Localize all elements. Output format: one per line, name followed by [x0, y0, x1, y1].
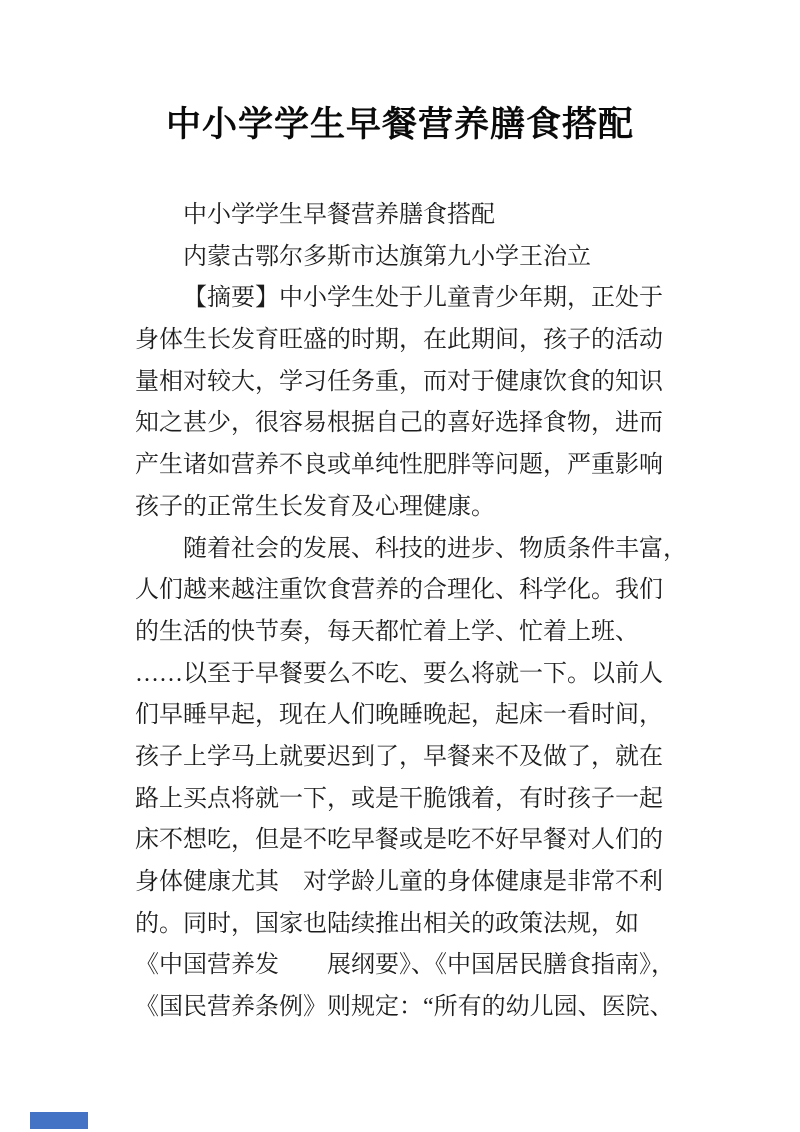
text-line: 身体健康尤其 对学龄儿童的身体健康是非常不利	[135, 862, 680, 904]
text-line: 孩子上学马上就要迟到了，早餐来不及做了，就在	[135, 737, 680, 779]
document-title: 中小学学生早餐营养膳食搭配	[0, 97, 800, 147]
text-line: 床不想吃，但是不吃早餐或是吃不好早餐对人们的	[135, 820, 680, 862]
text-line: 身体生长发育旺盛的时期，在此期间，孩子的活动	[135, 320, 680, 362]
text-line: 《国民营养条例》则规定：“所有的幼儿园、医院、	[135, 987, 680, 1029]
text-line: 的。同时，国家也陆续推出相关的政策法规，如	[135, 904, 680, 946]
text-line: 《中国营养发 展纲要》、《中国居民膳食指南》，	[135, 945, 680, 987]
text-line: 们早睡早起，现在人们晚睡晚起，起床一看时间，	[135, 695, 680, 737]
text-line: 量相对较大，学习任务重，而对于健康饮食的知识	[135, 362, 680, 404]
text-line: 孩子的正常生长发育及心理健康。	[135, 487, 680, 529]
text-line: 的生活的快节奏，每天都忙着上学、忙着上班、	[135, 612, 680, 654]
highlight-bar	[30, 1112, 88, 1129]
text-line: 内蒙古鄂尔多斯市达旗第九小学王治立	[135, 237, 680, 279]
text-line: 知之甚少，很容易根据自己的喜好选择食物，进而	[135, 403, 680, 445]
text-line: 中小学学生早餐营养膳食搭配	[135, 195, 680, 237]
text-line: 路上买点将就一下，或是干脆饿着，有时孩子一起	[135, 779, 680, 821]
text-line: 【摘要】中小学生处于儿童青少年期，正处于	[135, 278, 680, 320]
text-line: 人们越来越注重饮食营养的合理化、科学化。我们	[135, 570, 680, 612]
document-body: 中小学学生早餐营养膳食搭配内蒙古鄂尔多斯市达旗第九小学王治立【摘要】中小学生处于…	[135, 195, 680, 1029]
text-line: 随着社会的发展、科技的进步、物质条件丰富，	[135, 529, 680, 571]
document-page: 中小学学生早餐营养膳食搭配 中小学学生早餐营养膳食搭配内蒙古鄂尔多斯市达旗第九小…	[0, 0, 800, 1132]
text-line: ……以至于早餐要么不吃、要么将就一下。以前人	[135, 654, 680, 696]
text-line: 产生诸如营养不良或单纯性肥胖等问题，严重影响	[135, 445, 680, 487]
